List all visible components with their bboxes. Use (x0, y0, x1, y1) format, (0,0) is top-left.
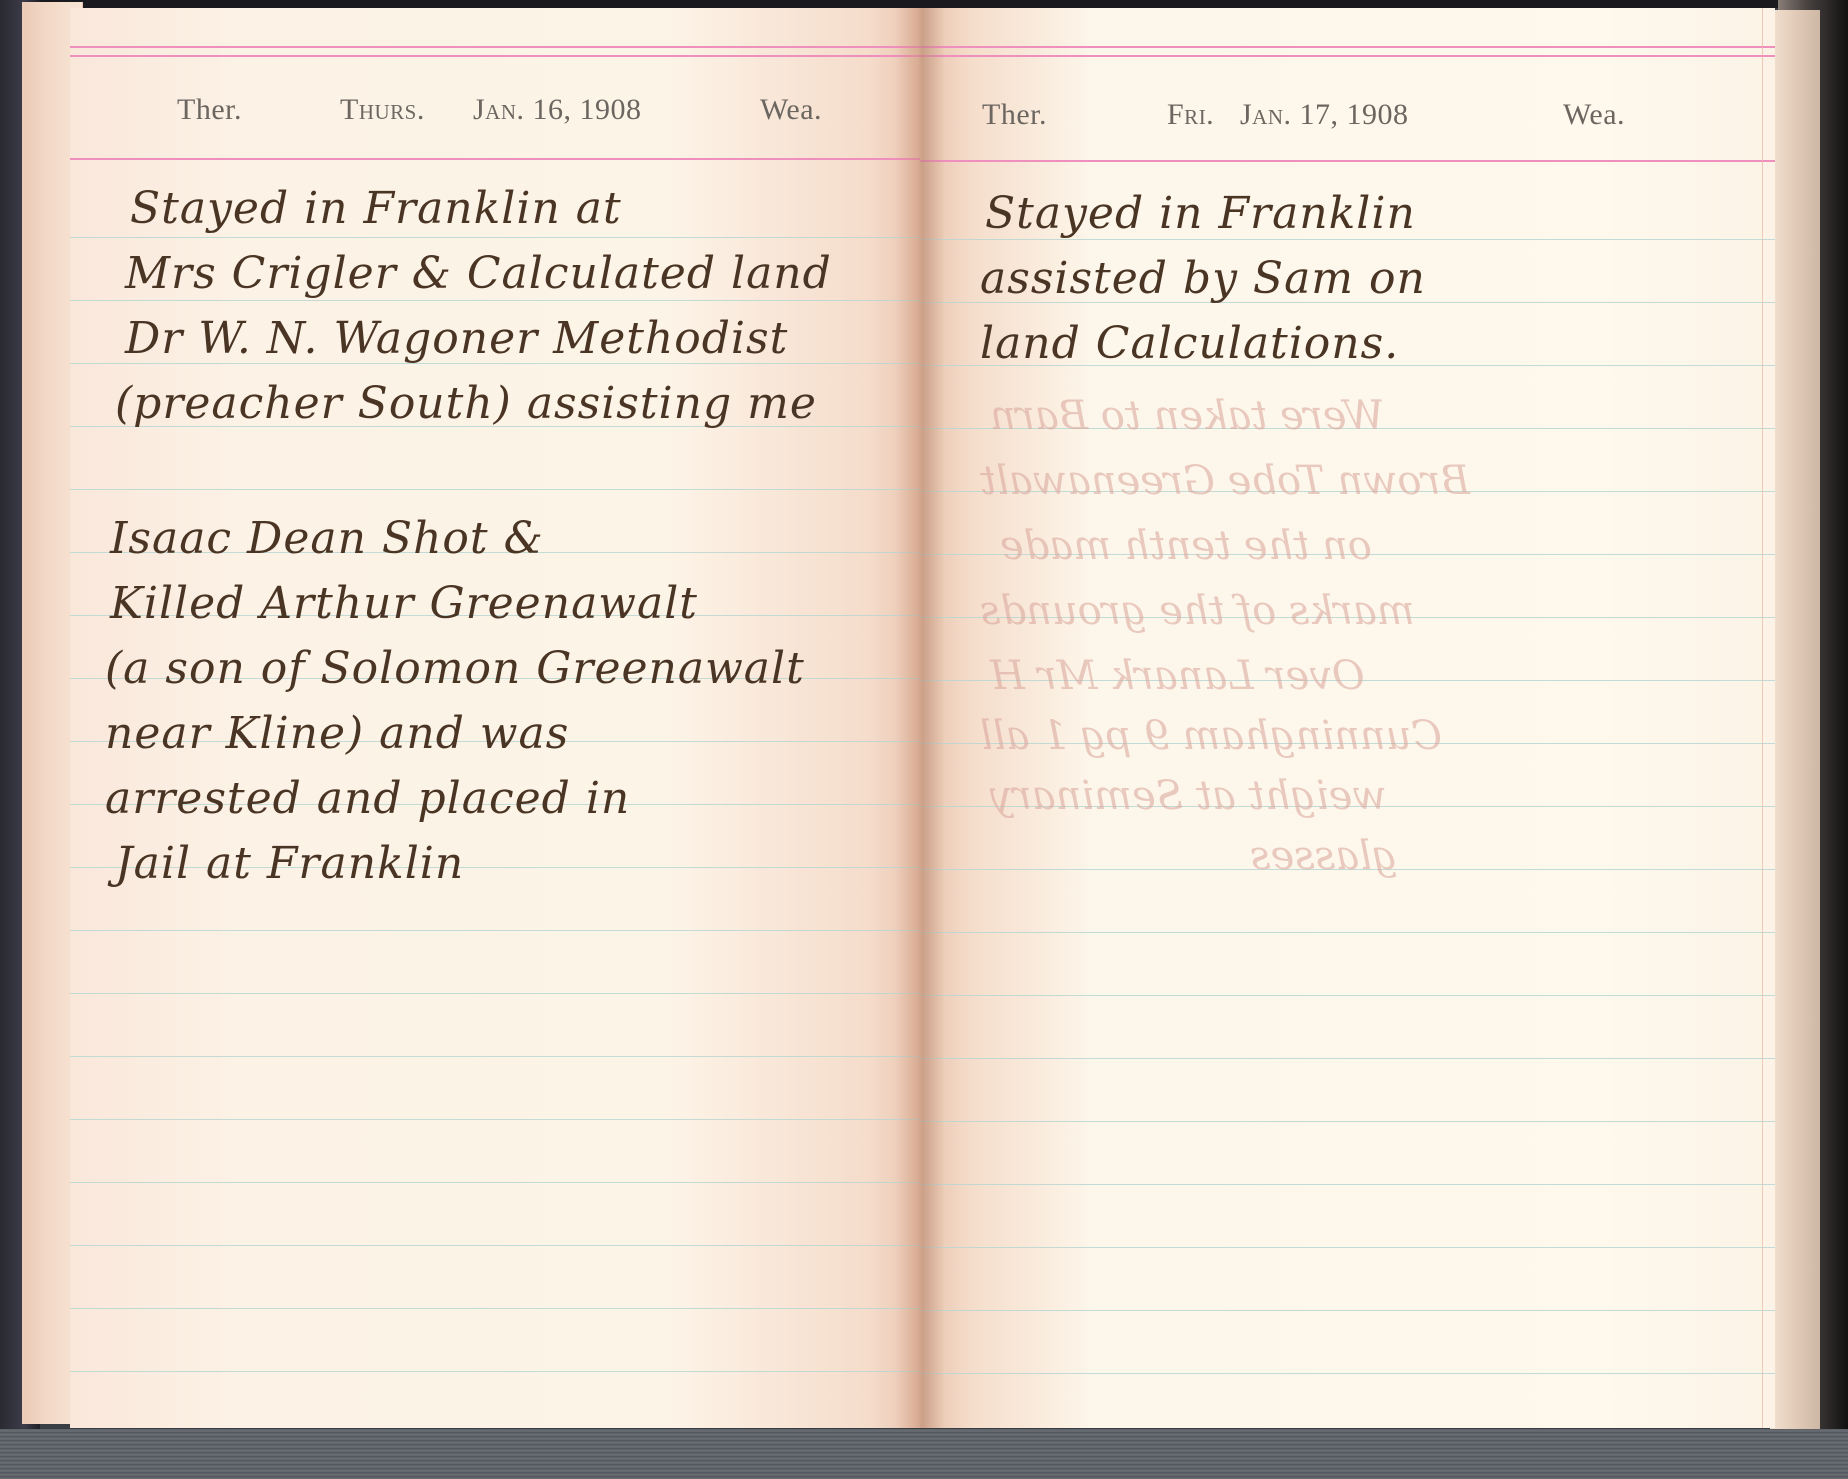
entry-line: Jail at Franklin (115, 838, 464, 889)
ruled-line (920, 932, 1775, 933)
entry-line: near Kline) and was (105, 708, 569, 759)
entry-line: (preacher South) assisting me (115, 378, 817, 429)
entry-line: (a son of Solomon Greenawalt (105, 643, 805, 694)
header-rule-top-1 (70, 46, 920, 48)
entry-line: assisted by Sam on (980, 253, 1426, 304)
ther-label: Ther. (982, 98, 1047, 132)
ruled-line (920, 1310, 1775, 1311)
ruled-line (70, 489, 920, 490)
entry-line: Isaac Dean Shot & (110, 513, 544, 564)
entry-line: Dr W. N. Wagoner Methodist (125, 313, 788, 364)
day-label: Thurs. (340, 93, 425, 127)
right-page: Ther. Fri. Jan. 17, 1908 Wea. Were taken… (920, 8, 1775, 1428)
page-margin-line (1762, 8, 1763, 1428)
ruled-line (70, 993, 920, 994)
header-rule-top-2 (70, 55, 920, 57)
ruled-line (70, 237, 920, 238)
ruled-line (70, 930, 920, 931)
ruled-line (70, 1308, 920, 1309)
entry-line: land Calculations. (980, 318, 1399, 369)
ruled-line (70, 1371, 920, 1372)
bleed-through-line: Brown Tobe Greenawalt (980, 458, 1470, 504)
bleed-through-line: Cunningham 9 pg 1 all (980, 713, 1442, 759)
book-cover-bottom (0, 1429, 1848, 1479)
right-page-header: Ther. Fri. Jan. 17, 1908 Wea. (920, 98, 1775, 138)
book-cover-top (40, 0, 1780, 8)
bleed-through-line: on the tenth made (1000, 523, 1372, 569)
ruled-line (920, 1184, 1775, 1185)
bleed-through-line: weight at Seminary (990, 773, 1387, 819)
left-page: Ther. Thurs. Jan. 16, 1908 Wea. Stayed i… (70, 8, 920, 1428)
entry-line: arrested and placed in (105, 773, 630, 824)
day-label: Fri. (1167, 98, 1214, 132)
ruled-line (70, 1245, 920, 1246)
ruled-line (70, 1182, 920, 1183)
bleed-through-line: glasses (1250, 833, 1398, 879)
date-label: Jan. 17, 1908 (1240, 98, 1409, 132)
entry-line: Killed Arthur Greenawalt (110, 578, 698, 629)
header-rule-bottom (920, 160, 1775, 162)
ruled-line (70, 1056, 920, 1057)
ther-label: Ther. (177, 93, 242, 127)
ruled-line (70, 300, 920, 301)
wea-label: Wea. (760, 93, 822, 127)
ruled-line (70, 1119, 920, 1120)
ruled-line (920, 1121, 1775, 1122)
ruled-line (920, 1373, 1775, 1374)
ruled-line (920, 239, 1775, 240)
entry-line: Stayed in Franklin (985, 188, 1416, 239)
header-rule-top-1 (920, 46, 1775, 48)
wea-label: Wea. (1563, 98, 1625, 132)
ruled-line (920, 995, 1775, 996)
bleed-through-line: Were taken to Barn (990, 393, 1384, 439)
entry-line: Mrs Crigler & Calculated land (125, 248, 832, 299)
book-gutter (895, 8, 945, 1428)
date-label: Jan. 16, 1908 (473, 93, 642, 127)
entry-line: Stayed in Franklin at (130, 183, 622, 234)
header-rule-bottom (70, 158, 920, 160)
ruled-line (920, 1058, 1775, 1059)
bleed-through-line: marks of the grounds (980, 588, 1415, 634)
bleed-through-line: Over Lanark Mr H (990, 653, 1365, 699)
page-edges-right (1770, 10, 1820, 1430)
ruled-line (920, 1247, 1775, 1248)
left-page-header: Ther. Thurs. Jan. 16, 1908 Wea. (70, 93, 920, 133)
header-rule-top-2 (920, 55, 1775, 57)
